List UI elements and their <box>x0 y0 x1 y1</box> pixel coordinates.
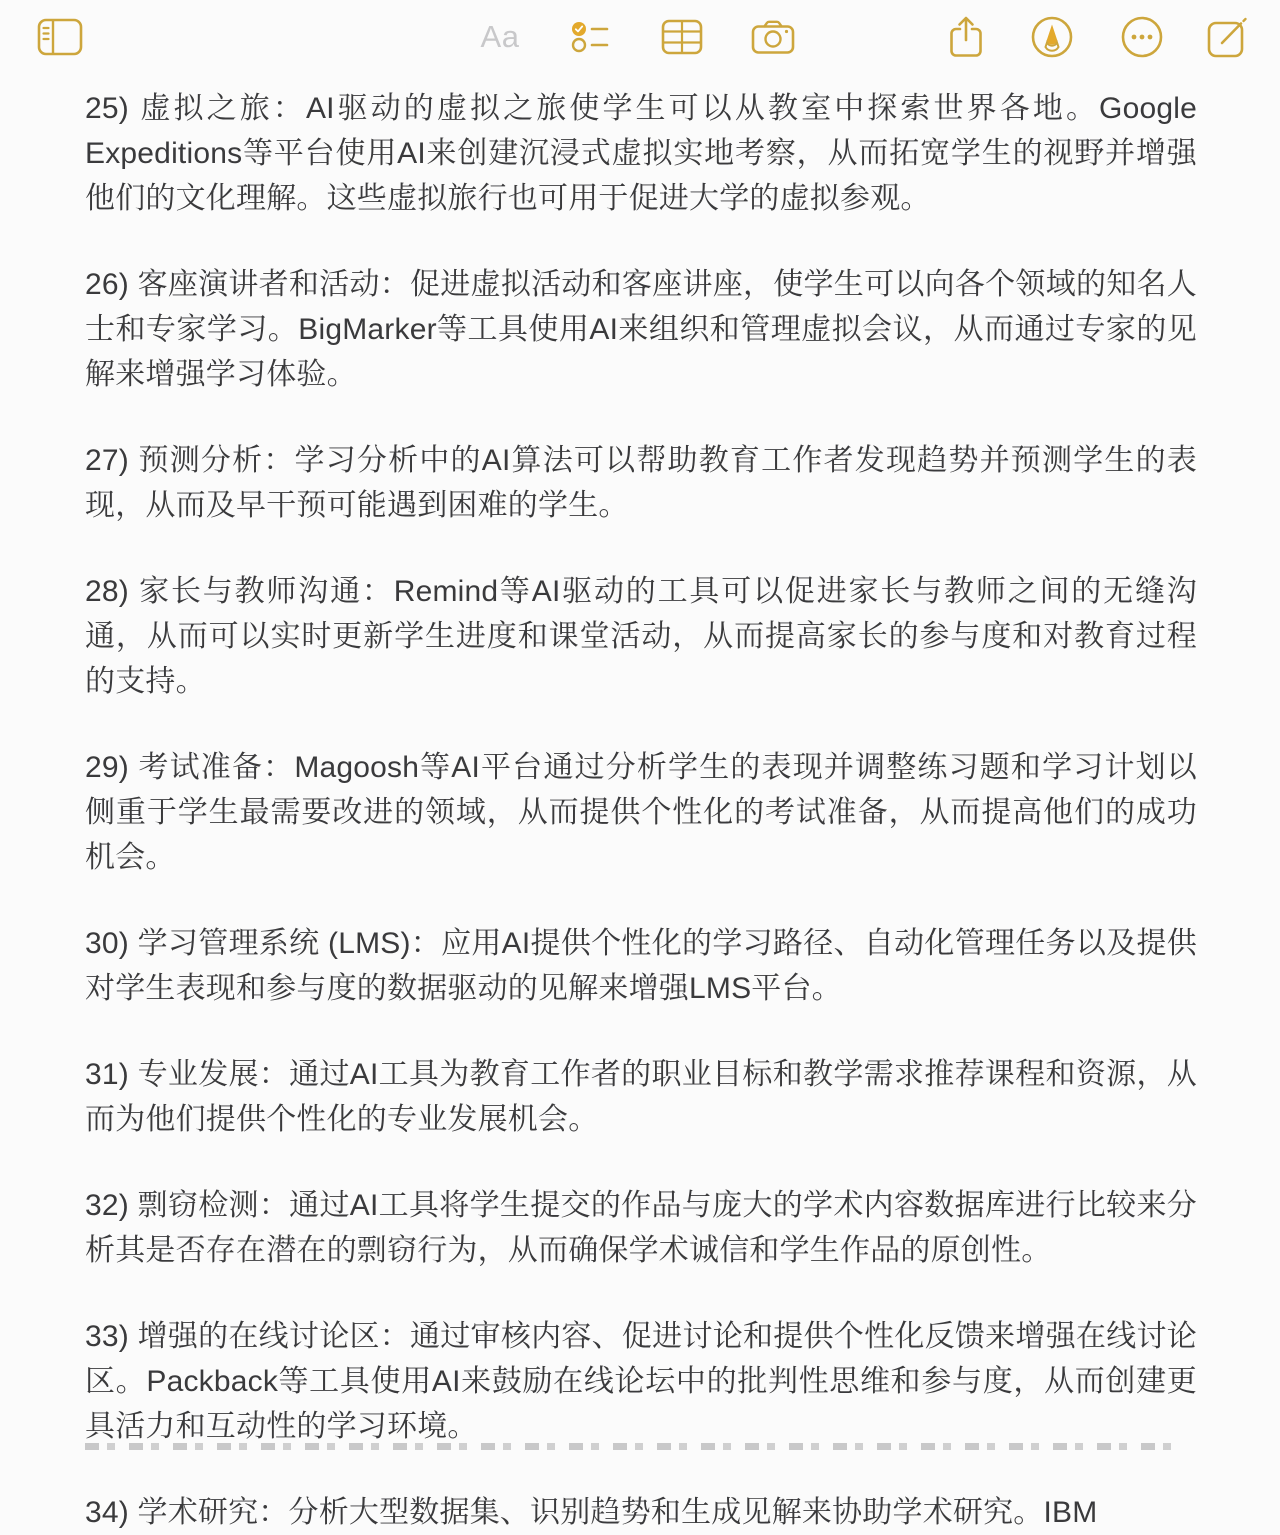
note-paragraph[interactable]: 27) 预测分析：学习分析中的AI算法可以帮助教育工作者发现趋势并预测学生的表现… <box>85 438 1197 528</box>
clipped-text-line <box>85 1443 1185 1450</box>
sidebar-icon <box>37 18 83 56</box>
note-paragraph[interactable]: 33) 增强的在线讨论区：通过审核内容、促进讨论和提供个性化反馈来增强在线讨论区… <box>85 1314 1197 1449</box>
camera-button[interactable] <box>748 12 798 62</box>
checklist-button[interactable] <box>565 12 615 62</box>
note-paragraph[interactable]: 31) 专业发展：通过AI工具为教育工作者的职业目标和教学需求推荐课程和资源，从… <box>85 1052 1197 1142</box>
share-button[interactable] <box>941 12 991 62</box>
table-button[interactable] <box>657 12 707 62</box>
more-icon <box>1120 15 1164 59</box>
markup-icon <box>1030 15 1074 59</box>
note-paragraph[interactable]: 32) 剽窃检测：通过AI工具将学生提交的作品与庞大的学术内容数据库进行比较来分… <box>85 1183 1197 1273</box>
more-button[interactable] <box>1117 12 1167 62</box>
camera-icon <box>751 19 795 55</box>
text-format-icon: Aa <box>481 19 520 55</box>
compose-button[interactable] <box>1203 12 1253 62</box>
text-format-button[interactable]: Aa <box>475 12 525 62</box>
checklist-icon <box>570 20 610 54</box>
note-paragraph[interactable]: 25) 虚拟之旅：AI驱动的虚拟之旅使学生可以从教室中探索世界各地。Google… <box>85 86 1197 221</box>
note-paragraph[interactable]: 26) 客座演讲者和活动：促进虚拟活动和客座讲座，使学生可以向各个领域的知名人士… <box>85 262 1197 397</box>
sidebar-toggle-button[interactable] <box>35 12 85 62</box>
table-icon <box>661 19 703 55</box>
markup-button[interactable] <box>1027 12 1077 62</box>
toolbar: Aa <box>0 0 1280 78</box>
note-paragraph[interactable]: 29) 考试准备：Magoosh等AI平台通过分析学生的表现并调整练习题和学习计… <box>85 745 1197 880</box>
note-paragraph[interactable]: 28) 家长与教师沟通：Remind等AI驱动的工具可以促进家长与教师之间的无缝… <box>85 569 1197 704</box>
compose-icon <box>1207 16 1249 58</box>
note-editor[interactable]: 25) 虚拟之旅：AI驱动的虚拟之旅使学生可以从教室中探索世界各地。Google… <box>85 86 1197 1450</box>
share-icon <box>949 15 983 59</box>
note-paragraph[interactable]: 30) 学习管理系统 (LMS)：应用AI提供个性化的学习路径、自动化管理任务以… <box>85 921 1197 1011</box>
